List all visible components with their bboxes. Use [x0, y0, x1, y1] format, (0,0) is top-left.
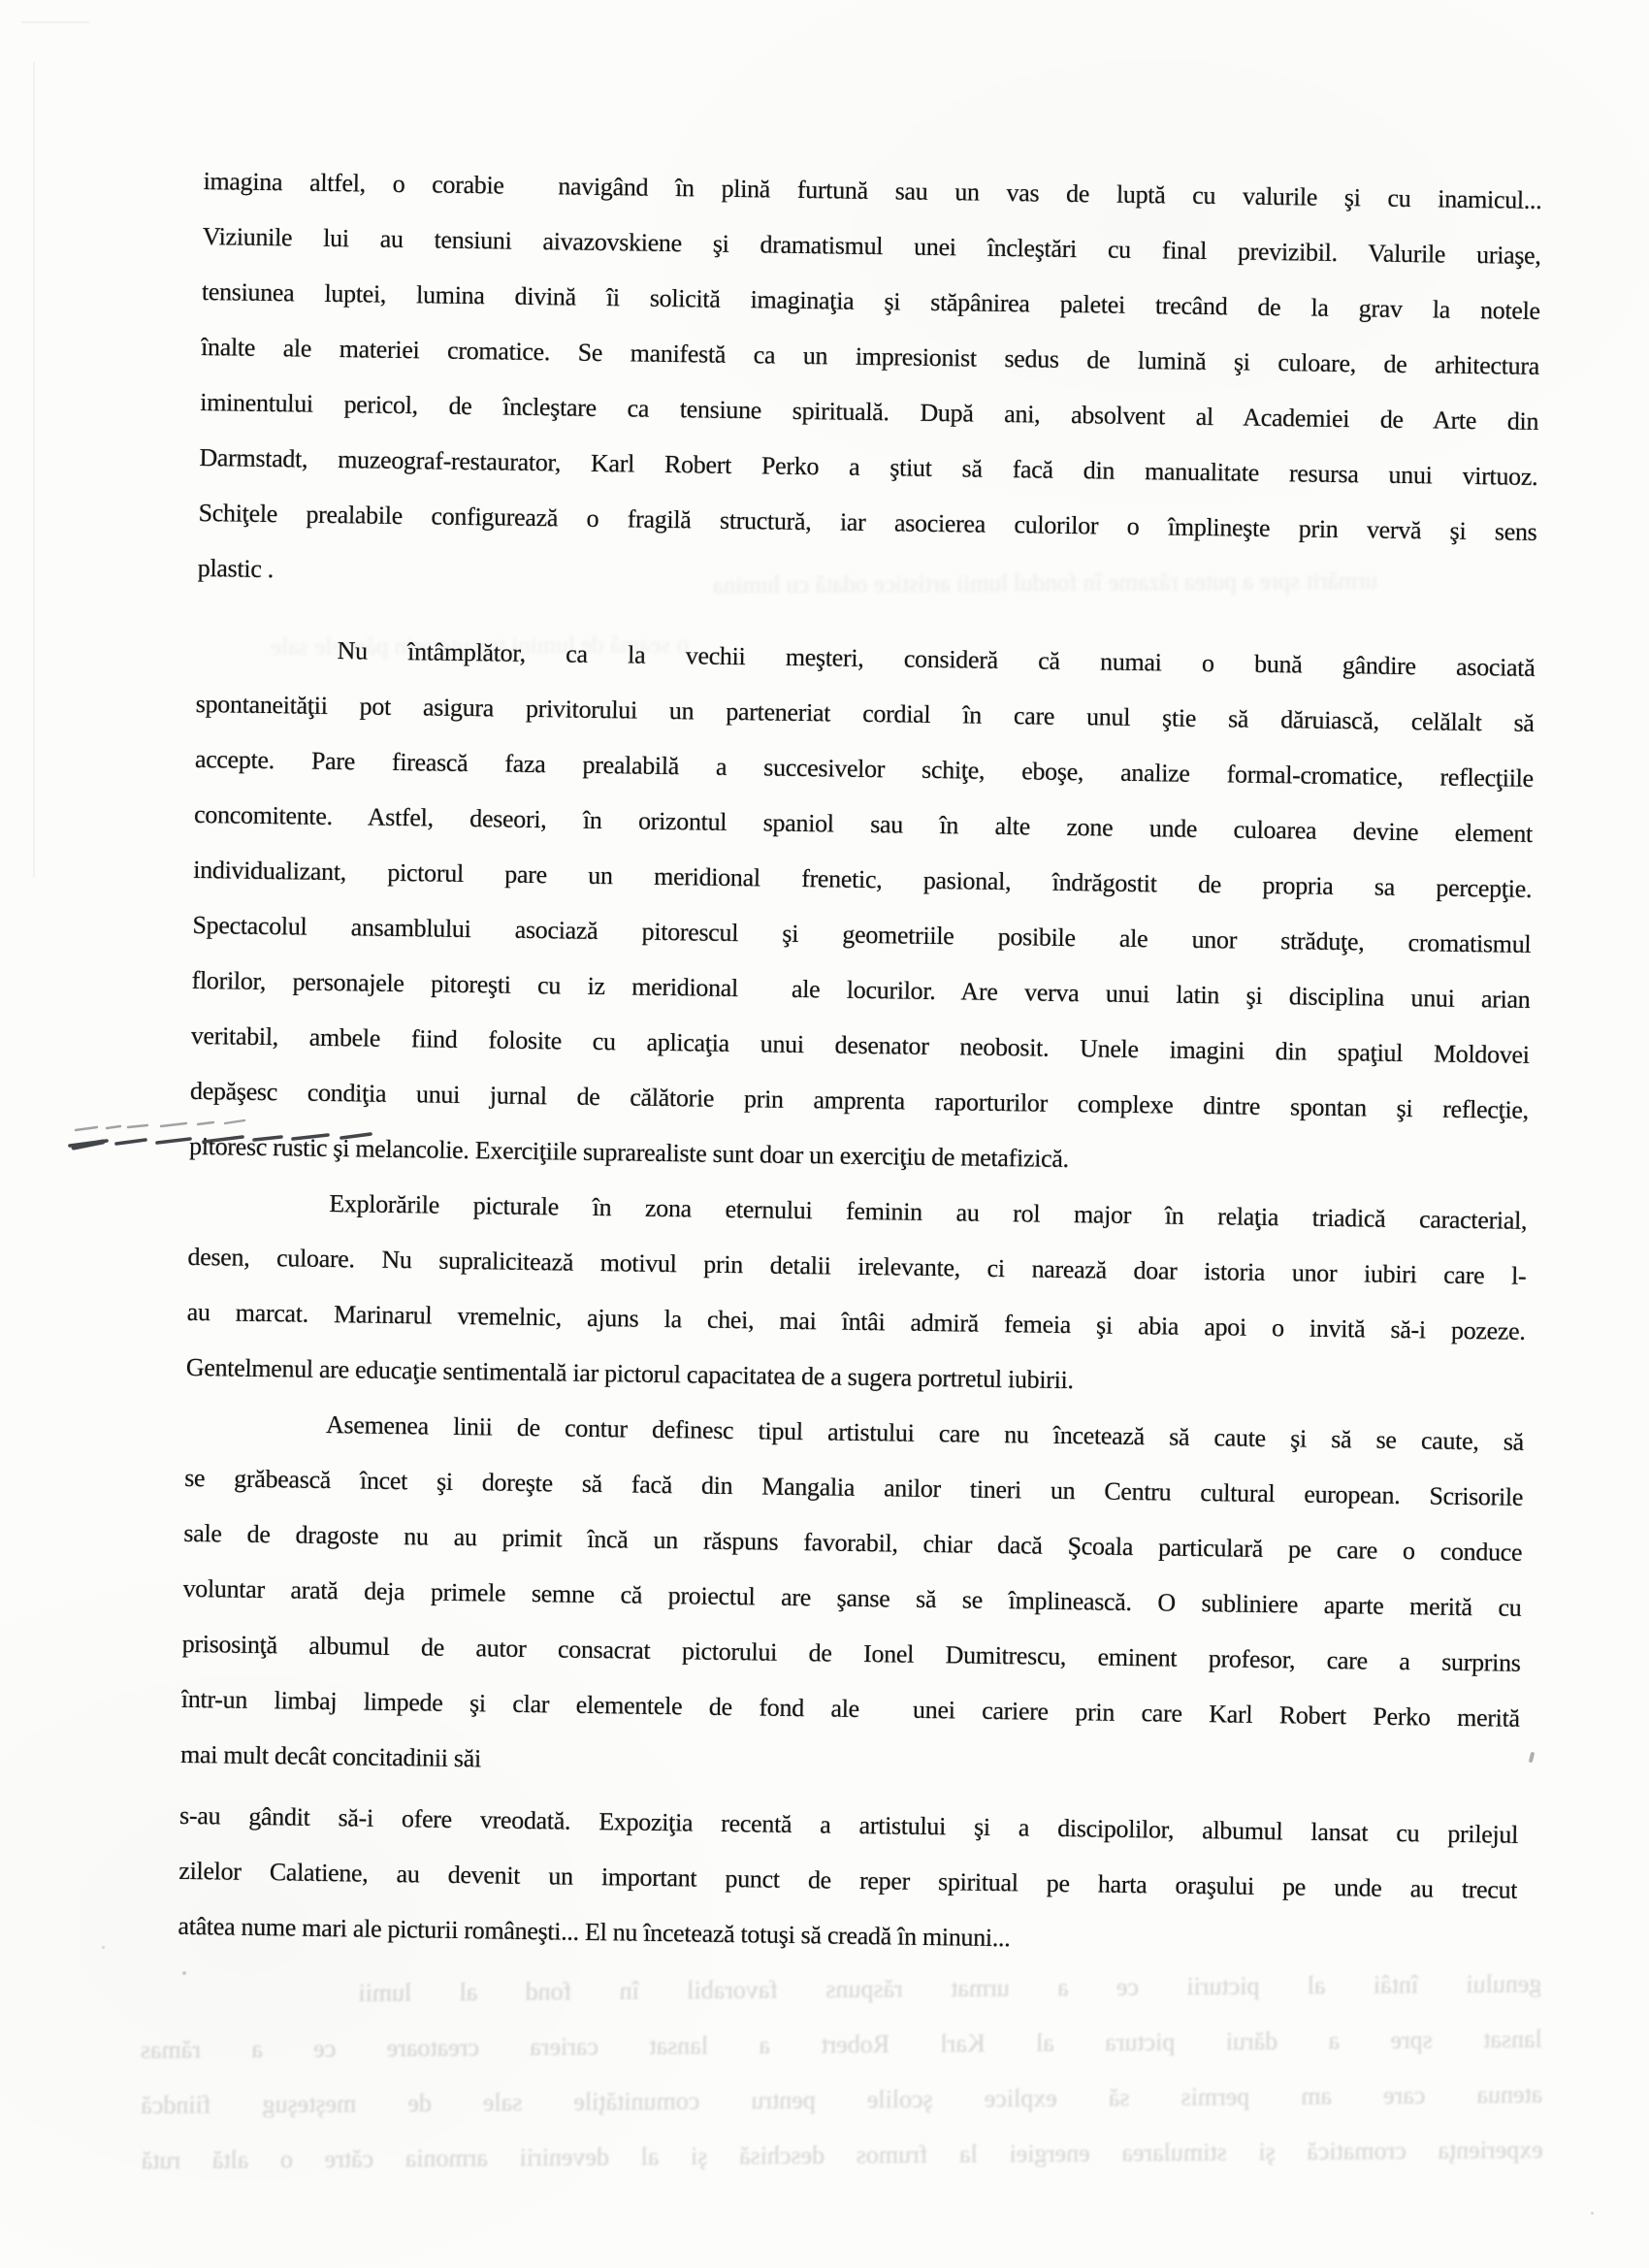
stray-mark: [1529, 1752, 1536, 1764]
paragraph: Asemenea linii de contur definesc tipul …: [180, 1395, 1525, 1801]
paragraph: s-au gândit să-i ofere vreodată. Expoziţ…: [178, 1788, 1518, 1973]
document-text: imagina altfel, o corabie navigând în pl…: [178, 153, 1542, 1973]
scan-speck: [1591, 2212, 1594, 2215]
paragraph: imagina altfel, o corabie navigând în pl…: [197, 153, 1541, 615]
bleed-through-block: genului întâi al picturii ce a urmat răs…: [140, 1956, 1543, 2187]
scanned-page: urmărit spre a putea răzame în fondul lu…: [0, 0, 1649, 2268]
paragraph: Nu întâmplător, ca la vechii meşteri, co…: [189, 621, 1536, 1193]
scan-artifact-line: [21, 21, 89, 23]
scan-speck: [102, 1946, 105, 1949]
paragraph: Explorările picturale în zona eternului …: [185, 1174, 1527, 1414]
bleed-through-line: experienţa cromatică şi stimularea energ…: [141, 2122, 1542, 2187]
pencil-scribble: [68, 1118, 398, 1160]
scan-artifact-line: [33, 62, 35, 877]
